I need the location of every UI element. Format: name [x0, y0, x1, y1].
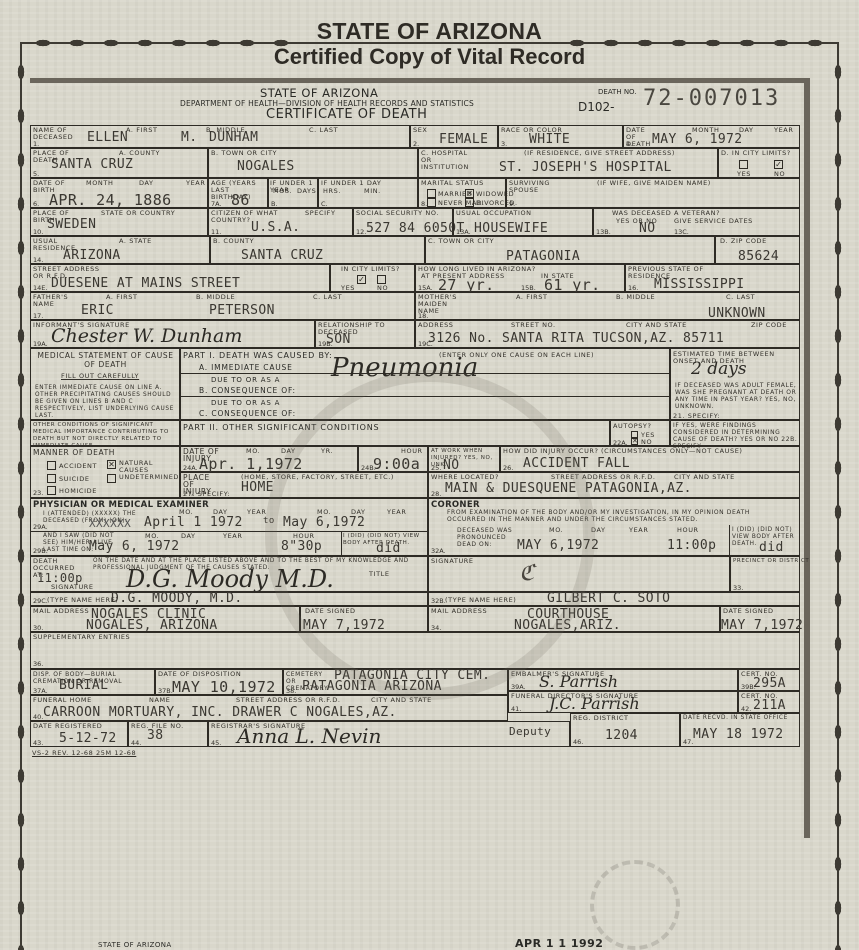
divorced-checkbox[interactable] — [465, 198, 474, 207]
physician-section: PHYSICIAN OR MEDICAL EXAMINER I (ATTENDE… — [30, 498, 428, 556]
field-injury-location: WHERE LOCATED? STREET ADDRESS OR R.F.D. … — [428, 472, 800, 498]
physician-name-field: 29C. (TYPE NAME HERE) D.G. MOODY, M.D. — [30, 592, 428, 606]
field-under-1-day: IF UNDER 1 DAY HRS. MIN. C. — [318, 178, 418, 208]
date-registered-field: DATE REGISTERED 43. 5-12-72 — [30, 721, 128, 747]
age: 86 — [231, 191, 250, 209]
field-sex: SEX 2. FEMALE — [410, 125, 498, 148]
field-residence-town: C. TOWN OR CITY PATAGONIA — [425, 236, 715, 264]
field-ssn: SOCIAL SECURITY NO. 12. 527 84 6050T — [353, 208, 453, 236]
field-manner-of-death: MANNER OF DEATH ACCIDENT ✕ NATURAL CAUSE… — [30, 446, 180, 498]
coroner-address-line2: NOGALES,ARIZ. — [514, 618, 621, 633]
residence-state: ARIZONA — [63, 248, 121, 263]
coroner-name-field: 32B. (TYPE NAME HERE) GILBERT C. SOTO — [428, 592, 800, 606]
field-death-town: B. TOWN OR CITY NOGALES — [208, 148, 418, 178]
form-revision: VS-2 REV. 12-68 25M 12-68 — [32, 750, 136, 757]
form-certificate-title: CERTIFICATE OF DEATH — [266, 107, 427, 122]
field-informant-address: ADDRESS STREET NO. CITY AND STATE ZIP CO… — [415, 320, 800, 348]
residence-county: SANTA CRUZ — [241, 248, 323, 263]
field-injury-hour: HOUR 24B. 9:00a — [358, 446, 428, 472]
disposition-field: DISP. OF BODY—BURIAL CREMATION OR REMOVA… — [30, 669, 155, 695]
disposition-date: MAY 10,1972 — [172, 678, 276, 696]
funeral-director-field: FUNERAL DIRECTOR'S SIGNATURE 41. J.C. Pa… — [508, 691, 738, 713]
father-first-name: ERIC — [81, 303, 114, 318]
physician-date-signed-field: DATE SIGNED MAY 7,1972 — [300, 606, 428, 632]
field-birthplace: PLACE OF BIRTH STATE OR COUNTRY 10. SWED… — [30, 208, 208, 236]
coroner-date-signed: MAY 7,1972 — [721, 618, 803, 633]
funeral-home-field: FUNERAL HOME NAME STREET ADDRESS OR R.F.… — [30, 695, 508, 721]
physician-date-signed: MAY 7,1972 — [303, 618, 385, 633]
field-how-injury: HOW DID INJURY OCCUR? (CIRCUMSTANCES ONL… — [500, 446, 800, 472]
autopsy-no-checkbox[interactable]: ✕ — [631, 438, 638, 445]
cemetery-line2: PATAGONIA ARIZONA — [302, 679, 442, 694]
field-residence-state: USUAL RESIDENCE A. STATE 14. ARIZONA — [30, 236, 210, 264]
veteran-status: NO — [639, 221, 655, 236]
precinct-field: PRECINCT OR DISTRICT 33. — [730, 556, 800, 592]
disposition-method: BURIAL — [59, 678, 108, 693]
attended-to: May 6,1972 — [283, 515, 365, 530]
ssn: 527 84 6050T — [366, 221, 465, 236]
physician-signature-section: DEATH OCCURRED AT: ON THE DATE AND AT TH… — [30, 556, 428, 592]
deputy-label: Deputy — [509, 725, 551, 738]
part-1-cause: PART I. DEATH WAS CAUSED BY: (ENTER ONLY… — [180, 348, 670, 420]
never-married-checkbox[interactable] — [427, 198, 436, 207]
reg-district: 1204 — [605, 728, 638, 743]
how-injury-occurred: ACCIDENT FALL — [523, 456, 630, 471]
medical-statement-instructions: MEDICAL STATEMENT OF CAUSE OF DEATH FILL… — [30, 348, 180, 420]
field-res-city-limits: IN CITY LIMITS? ✓ YES NO — [330, 264, 415, 292]
res-city-limits-no-checkbox[interactable] — [377, 275, 386, 284]
field-autopsy-findings: 21. SPECIFY: IF YES, WERE FINDINGS CONSI… — [670, 420, 800, 446]
field-father: FATHER'S NAME A. FIRST B. MIDDLE C. LAST… — [30, 292, 415, 320]
homicide-checkbox[interactable] — [47, 486, 56, 495]
physician-address-field: MAIL ADDRESS 30. NOGALES CLINIC NOGALES,… — [30, 606, 300, 632]
field-date-of-injury: DATE OF INJURY MO. DAY YR. 24A. Apr. 1,1… — [180, 446, 358, 472]
field-onset: ESTIMATED TIME BETWEEN ONSET AND DEATH 2… — [670, 348, 800, 420]
coroner-date-signed-field: DATE SIGNED MAY 7,1972 — [720, 606, 800, 632]
other-conditions-instructions: OTHER CONDITIONS OF SIGNIFICANT MEDICAL … — [30, 420, 180, 446]
coroner-address-field: MAIL ADDRESS 34. COURTHOUSE NOGALES,ARIZ… — [428, 606, 720, 632]
form-state: STATE OF ARIZONA — [260, 86, 378, 100]
birthplace: SWEDEN — [47, 217, 96, 232]
physician-viewed-body: did — [376, 541, 401, 556]
certification-seal — [590, 860, 680, 950]
informant-address: 3126 No. SANTA RITA TUCSON,AZ. 85711 — [428, 331, 724, 346]
field-city-limits: D. IN CITY LIMITS? ✓ YES NO — [718, 148, 800, 178]
informant-relationship: SON — [326, 332, 351, 347]
field-surviving-spouse: SURVIVING SPOUSE (IF WIFE, GIVE MAIDEN N… — [506, 178, 800, 208]
field-citizenship: CITIZEN OF WHAT COUNTRY? SPECIFY 11. U.S… — [208, 208, 353, 236]
coroner-section: CORONER FROM EXAMINATION OF THE BODY AND… — [428, 498, 800, 556]
undetermined-checkbox[interactable] — [107, 474, 116, 483]
last-seen-hour: 8"30p — [281, 539, 322, 554]
residence-town: PATAGONIA — [506, 249, 580, 264]
occupation: HOUSEWIFE — [474, 221, 548, 236]
embalmer-cert-field: CERT. NO. 39B. 295A — [738, 669, 800, 691]
death-town: NOGALES — [237, 159, 295, 174]
field-residence-county: B. COUNTY SANTA CRUZ — [210, 236, 425, 264]
field-how-long: HOW LONG LIVED IN ARIZONA? AT PRESENT AD… — [415, 264, 625, 292]
date-registered: 5-12-72 — [59, 731, 117, 746]
field-hospital: C. HOSPITAL OR INSTITUTION (IF RESIDENCE… — [418, 148, 718, 178]
field-dob: DATE OF BIRTH MONTH DAY YEAR 6. APR. 24,… — [30, 178, 208, 208]
at-work: NO — [443, 458, 459, 473]
deceased-last-name: DUNHAM — [209, 130, 258, 145]
last-seen-date: May 6, 1972 — [89, 539, 180, 554]
coroner-name: GILBERT C. SOTO — [547, 591, 670, 606]
supplementary-entries: SUPPLEMENTARY ENTRIES 36. — [30, 632, 800, 669]
field-date-of-death: DATE OF DEATH MONTH DAY YEAR 4. MAY 6, 1… — [623, 125, 800, 148]
pronounced-dead-hour: 11:00p — [667, 538, 716, 553]
informant-signature: Chester W. Dunham — [51, 325, 242, 347]
immediate-cause: Pneumonia — [331, 353, 478, 383]
field-autopsy: AUTOPSY? YES 22A. ✕ NO — [610, 420, 670, 446]
embalmer-cert-no: 295A — [753, 676, 786, 691]
document-subtitle: Certified Copy of Vital Record — [0, 44, 859, 70]
field-marital-status: MARITAL STATUS MARRIED ✕ WIDOWED 8. NEVE… — [418, 178, 506, 208]
residence-zip: 85624 — [738, 249, 779, 264]
natural-causes-checkbox[interactable]: ✕ — [107, 460, 116, 469]
residence-street: DUESENE AT MAINS STREET — [51, 276, 240, 291]
citizenship: U.S.A. — [251, 220, 300, 235]
part-2-conditions: PART II. OTHER SIGNIFICANT CONDITIONS — [180, 420, 610, 446]
registrar-signature: Anna L. Nevin — [237, 724, 381, 748]
field-mother: MOTHER'S MAIDEN NAME A. FIRST B. MIDDLE … — [415, 292, 800, 320]
previous-state: MISSISSIPPI — [654, 277, 745, 292]
date-received-field: DATE RECVD. IN STATE OFFICE 47. MAY 18 1… — [680, 713, 800, 747]
diamond-border-right — [833, 50, 843, 950]
field-informant-signature: INFORMANT'S SIGNATURE 19A. Chester W. Du… — [30, 320, 315, 348]
death-number: 72-007013 — [643, 86, 780, 111]
death-hospital: ST. JOSEPH'S HOSPITAL — [499, 160, 672, 175]
deceased-first-name: ELLEN — [87, 130, 128, 145]
res-city-limits-yes-checkbox[interactable]: ✓ — [357, 275, 366, 284]
field-under-1-year: IF UNDER 1 YEAR MOS. DAYS B. — [268, 178, 318, 208]
registrar-signature-field: REGISTRAR'S SIGNATURE 45. Anna L. Nevin … — [208, 721, 570, 747]
city-limits-no-checkbox[interactable]: ✓ — [774, 160, 783, 169]
pronounced-dead-date: MAY 6,1972 — [517, 538, 599, 553]
diamond-border-left — [16, 50, 26, 950]
date-received: MAY 18 1972 — [693, 727, 784, 742]
death-no-label: DEATH NO. — [598, 88, 637, 96]
field-name: NAME OF DECEASED A. FIRST B. MIDDLE C. L… — [30, 125, 410, 148]
document-title: STATE OF ARIZONA — [0, 18, 859, 45]
field-relationship: RELATIONSHIP TO DECEASED 19B. SON — [315, 320, 415, 348]
field-age: AGE (YEARS LAST BIRTHDAY) 7A. 86 — [208, 178, 268, 208]
field-previous-state: PREVIOUS STATE OF RESIDENCE 16. MISSISSI… — [625, 264, 800, 292]
funeral-director-signature: J.C. Parrish — [549, 694, 640, 713]
physician-signature: D.G. Moody M.D. — [126, 565, 334, 593]
death-county: SANTA CRUZ — [51, 157, 133, 172]
physician-address-line2: NOGALES, ARIZONA — [86, 618, 218, 633]
cemetery-field: CEMETERY OR CREMATORY 38. PATAGONIA CITY… — [283, 669, 508, 695]
onset-duration: 2 days — [691, 359, 747, 379]
disposition-date-field: DATE OF DISPOSITION 37B. MAY 10,1972 — [155, 669, 283, 695]
mother-maiden-name: UNKNOWN — [708, 306, 766, 321]
form-header: STATE OF ARIZONA DEPARTMENT OF HEALTH—DI… — [30, 83, 800, 125]
embalmer-field: EMBALMER'S SIGNATURE 39A. S. Parrish — [508, 669, 738, 691]
deceased-sex: FEMALE — [439, 132, 488, 147]
coroner-viewed-body: did — [759, 540, 784, 555]
date-of-birth: APR. 24, 1886 — [49, 191, 172, 209]
injury-hour: 9:00a — [373, 455, 420, 473]
attended-from: April 1 1972 — [144, 515, 243, 530]
field-race: RACE OR COLOR 3. WHITE — [498, 125, 623, 148]
accident-checkbox[interactable] — [47, 461, 56, 470]
widowed-checkbox[interactable]: ✕ — [465, 189, 474, 198]
injury-date: Apr. 1,1972 — [199, 455, 303, 473]
place-of-injury: HOME — [241, 480, 274, 495]
suicide-checkbox[interactable] — [47, 474, 56, 483]
funeral-home: CARROON MORTUARY, INC. DRAWER C NOGALES,… — [43, 705, 397, 720]
field-zip: D. ZIP CODE 85624 — [715, 236, 800, 264]
form-code: D102- — [578, 100, 614, 114]
physician-name: D.G. MOODY, M.D. — [111, 591, 243, 606]
reg-file-no: 38 — [147, 728, 163, 743]
director-cert-no: 211A — [753, 698, 786, 713]
deceased-middle-initial: M. — [181, 130, 197, 145]
date-of-death: MAY 6, 1972 — [652, 132, 743, 147]
reg-district-field: REG. DISTRICT 46. 1204 — [570, 713, 680, 747]
footer-state: STATE OF ARIZONA — [98, 941, 172, 949]
footer-stamp-date: APR 1 1 1992 — [515, 937, 603, 950]
married-checkbox[interactable] — [427, 189, 436, 198]
injury-location: MAIN & DUESQUENE PATAGONIA,AZ. — [445, 481, 692, 496]
field-at-work: AT WORK WHEN INJURED? YES, NO, UNK. 25. … — [428, 446, 500, 472]
field-veteran: WAS DECEASED A VETERAN? YES OR NO GIVE S… — [593, 208, 800, 236]
reg-file-no-field: REG. FILE NO. 44. 38 — [128, 721, 208, 747]
field-place-of-injury: PLACE OF INJURY (HOME, STORE, FACTORY, S… — [180, 472, 428, 498]
father-middle-name: PETERSON — [209, 303, 275, 318]
director-cert-field: CERT. NO. 42. 211A — [738, 691, 800, 713]
embalmer-signature: S. Parrish — [539, 672, 618, 691]
city-limits-yes-checkbox[interactable] — [739, 160, 748, 169]
coroner-signature-section: SIGNATURE ℭ — [428, 556, 730, 592]
coroner-signature: ℭ — [519, 561, 534, 586]
death-certificate: STATE OF ARIZONA DEPARTMENT OF HEALTH—DI… — [30, 78, 810, 838]
field-occupation: USUAL OCCUPATION 13A. HOUSEWIFE — [453, 208, 593, 236]
struck-out-text: XXXXXX — [89, 517, 131, 530]
field-street: STREET ADDRESS OR R.F.D. 14E. DUESENE AT… — [30, 264, 330, 292]
field-death-county: PLACE OF DEATH A. COUNTY 5. SANTA CRUZ — [30, 148, 208, 178]
deceased-race: WHITE — [529, 132, 570, 147]
